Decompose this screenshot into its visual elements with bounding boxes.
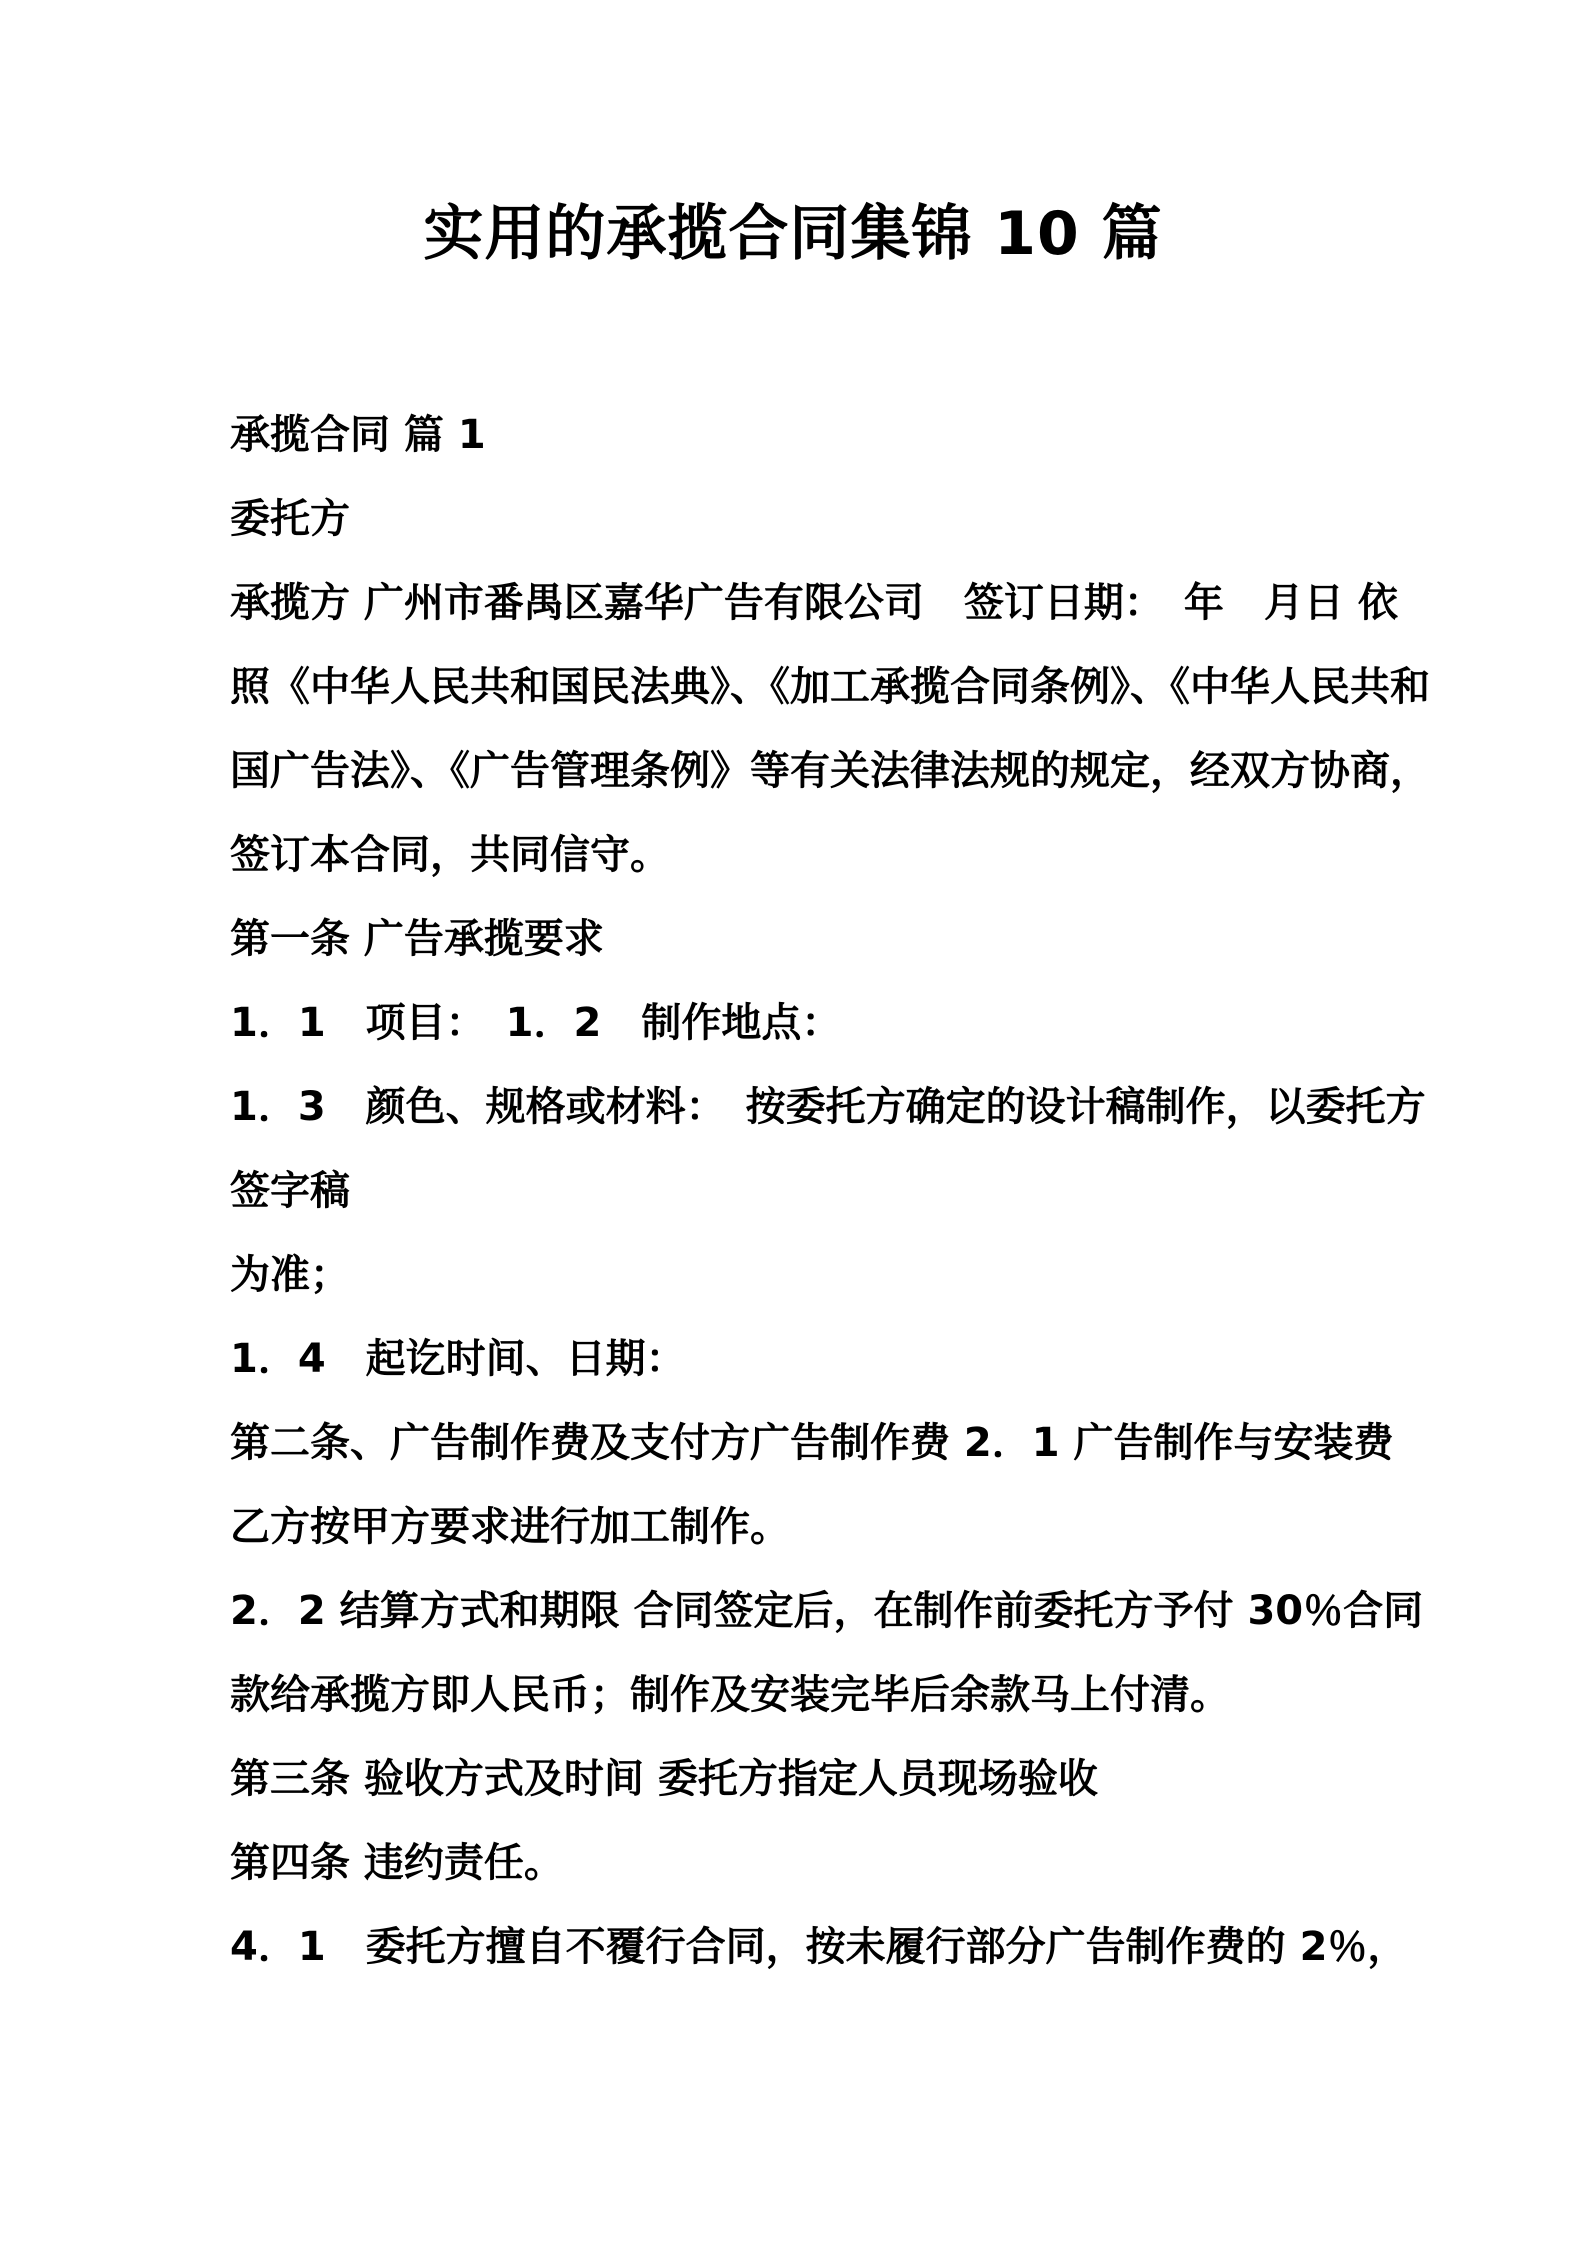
paragraph-line: 款给承揽方即人民币；制作及安装完毕后余款马上付清。 xyxy=(230,1653,1356,1737)
paragraph-line: 签字稿 xyxy=(230,1149,1356,1233)
paragraph-line: 第一条 广告承揽要求 xyxy=(230,897,1356,981)
paragraph-line: 乙方按甲方要求进行加工制作。 xyxy=(230,1485,1356,1569)
paragraph-line: 第四条 违约责任。 xyxy=(230,1821,1356,1905)
paragraph-line: 1．4 起讫时间、日期： xyxy=(230,1317,1356,1401)
paragraph-line: 承揽合同 篇 1 xyxy=(230,393,1356,477)
paragraph-line: 承揽方 广州市番禺区嘉华广告有限公司 签订日期： 年 月日 依 xyxy=(230,561,1356,645)
paragraph-line: 第二条、广告制作费及支付方广告制作费 2．1 广告制作与安装费 xyxy=(230,1401,1356,1485)
paragraph-line: 第三条 验收方式及时间 委托方指定人员现场验收 xyxy=(230,1737,1356,1821)
document-page: 实用的承揽合同集锦 10 篇 承揽合同 篇 1 委托方 承揽方 广州市番禺区嘉华… xyxy=(0,0,1586,2244)
paragraph-line: 签订本合同，共同信守。 xyxy=(230,813,1356,897)
document-body: 承揽合同 篇 1 委托方 承揽方 广州市番禺区嘉华广告有限公司 签订日期： 年 … xyxy=(230,393,1356,1989)
paragraph-line: 1．1 项目： 1．2 制作地点： xyxy=(230,981,1356,1065)
document-title: 实用的承揽合同集锦 10 篇 xyxy=(0,0,1586,270)
paragraph-line: 照《中华人民共和国民法典》、《加工承揽合同条例》、《中华人民共和 xyxy=(230,645,1356,729)
paragraph-line: 2．2 结算方式和期限 合同签定后，在制作前委托方予付 30％合同 xyxy=(230,1569,1356,1653)
paragraph-line: 委托方 xyxy=(230,477,1356,561)
paragraph-line: 为准； xyxy=(230,1233,1356,1317)
paragraph-line: 4．1 委托方擅自不覆行合同，按未履行部分广告制作费的 2％， xyxy=(230,1905,1356,1989)
paragraph-line: 1．3 颜色、规格或材料： 按委托方确定的设计稿制作，以委托方 xyxy=(230,1065,1356,1149)
paragraph-line: 国广告法》、《广告管理条例》等有关法律法规的规定，经双方协商， xyxy=(230,729,1356,813)
